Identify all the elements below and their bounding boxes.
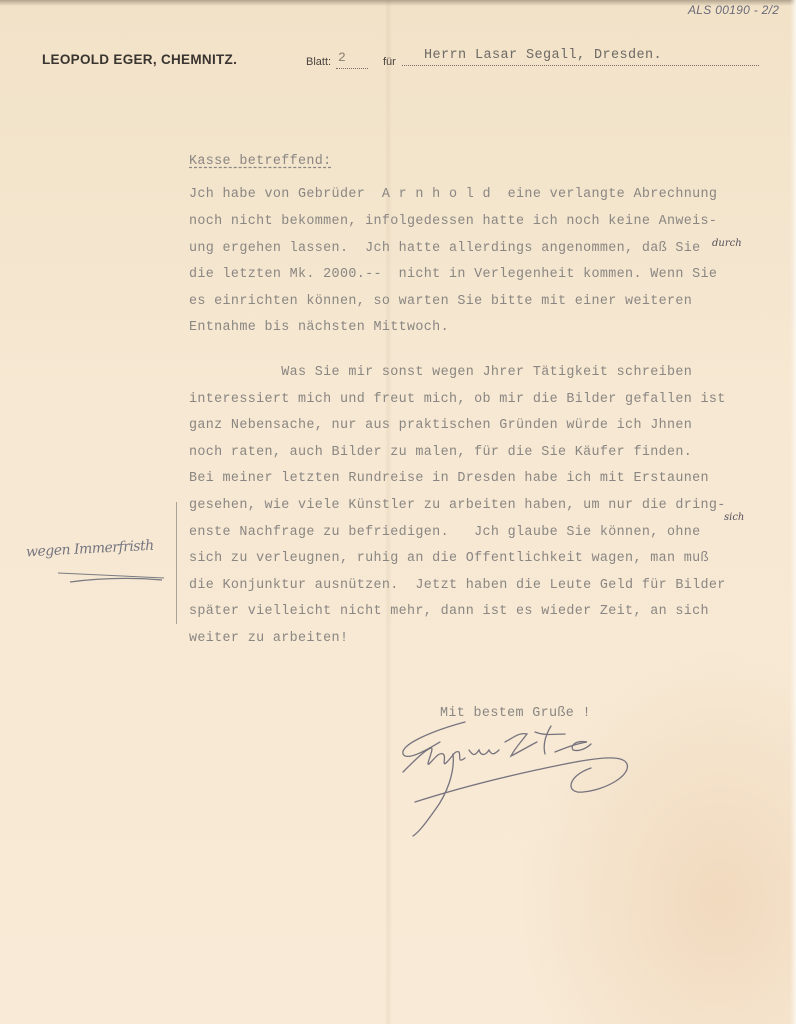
letter-line: Was Sie mir sonst wegen Jhrer Tätigkeit … [189,365,692,381]
letter-line: es einrichten können, so warten Sie bitt… [189,294,692,310]
letter-line: noch nicht bekommen, infolgedessen hatte… [189,214,717,230]
letter-line: noch raten, auch Bilder zu malen, für di… [189,445,692,461]
letter-line: enste Nachfrage zu befriedigen. Jch glau… [189,525,701,541]
handwritten-insert: durch [712,238,742,249]
recipient: Herrn Lasar Segall, Dresden. [424,48,662,63]
margin-note-underline [56,570,166,584]
sheet-label: Blatt: [306,56,331,68]
letter-line: später vielleicht nicht mehr, dann ist e… [189,604,709,620]
letter-line: ung ergehen lassen. Jch hatte allerdings… [189,241,701,257]
letter-line: Bei meiner letzten Rundreise in Dresden … [189,471,709,487]
paper-right-edge [790,0,796,1024]
letterhead-sender: LEOPOLD EGER, CHEMNITZ. [42,52,237,67]
for-label: für [383,56,396,68]
letter-line: Entnahme bis nächsten Mittwoch. [189,320,449,336]
paper-top-edge [0,0,796,6]
letter-line: die Konjunktur ausnützen. Jetzt haben di… [189,578,726,594]
archive-id: ALS 00190 - 2/2 [688,3,779,17]
letter-line: sich zu verleugnen, ruhig an die Offentl… [189,551,709,567]
letter-line: interessiert mich und freut mich, ob mir… [189,392,726,408]
letter-line: weiter zu arbeiten! [189,631,348,647]
letter-heading: Kasse betreffend: [189,154,332,170]
signature-icon [395,712,675,842]
margin-pencil-line [176,502,177,624]
handwritten-insert: sich [724,512,744,523]
letter-line: Jch habe von Gebrüder A r n h o l d eine… [189,187,717,203]
sheet-number: 2 [338,50,346,65]
letter-line: ganz Nebensache, nur aus praktischen Grü… [189,418,692,434]
letter-line: gesehen, wie viele Künstler zu arbeiten … [189,498,726,514]
letter-line: die letzten Mk. 2000.-- nicht in Verlege… [189,267,717,283]
